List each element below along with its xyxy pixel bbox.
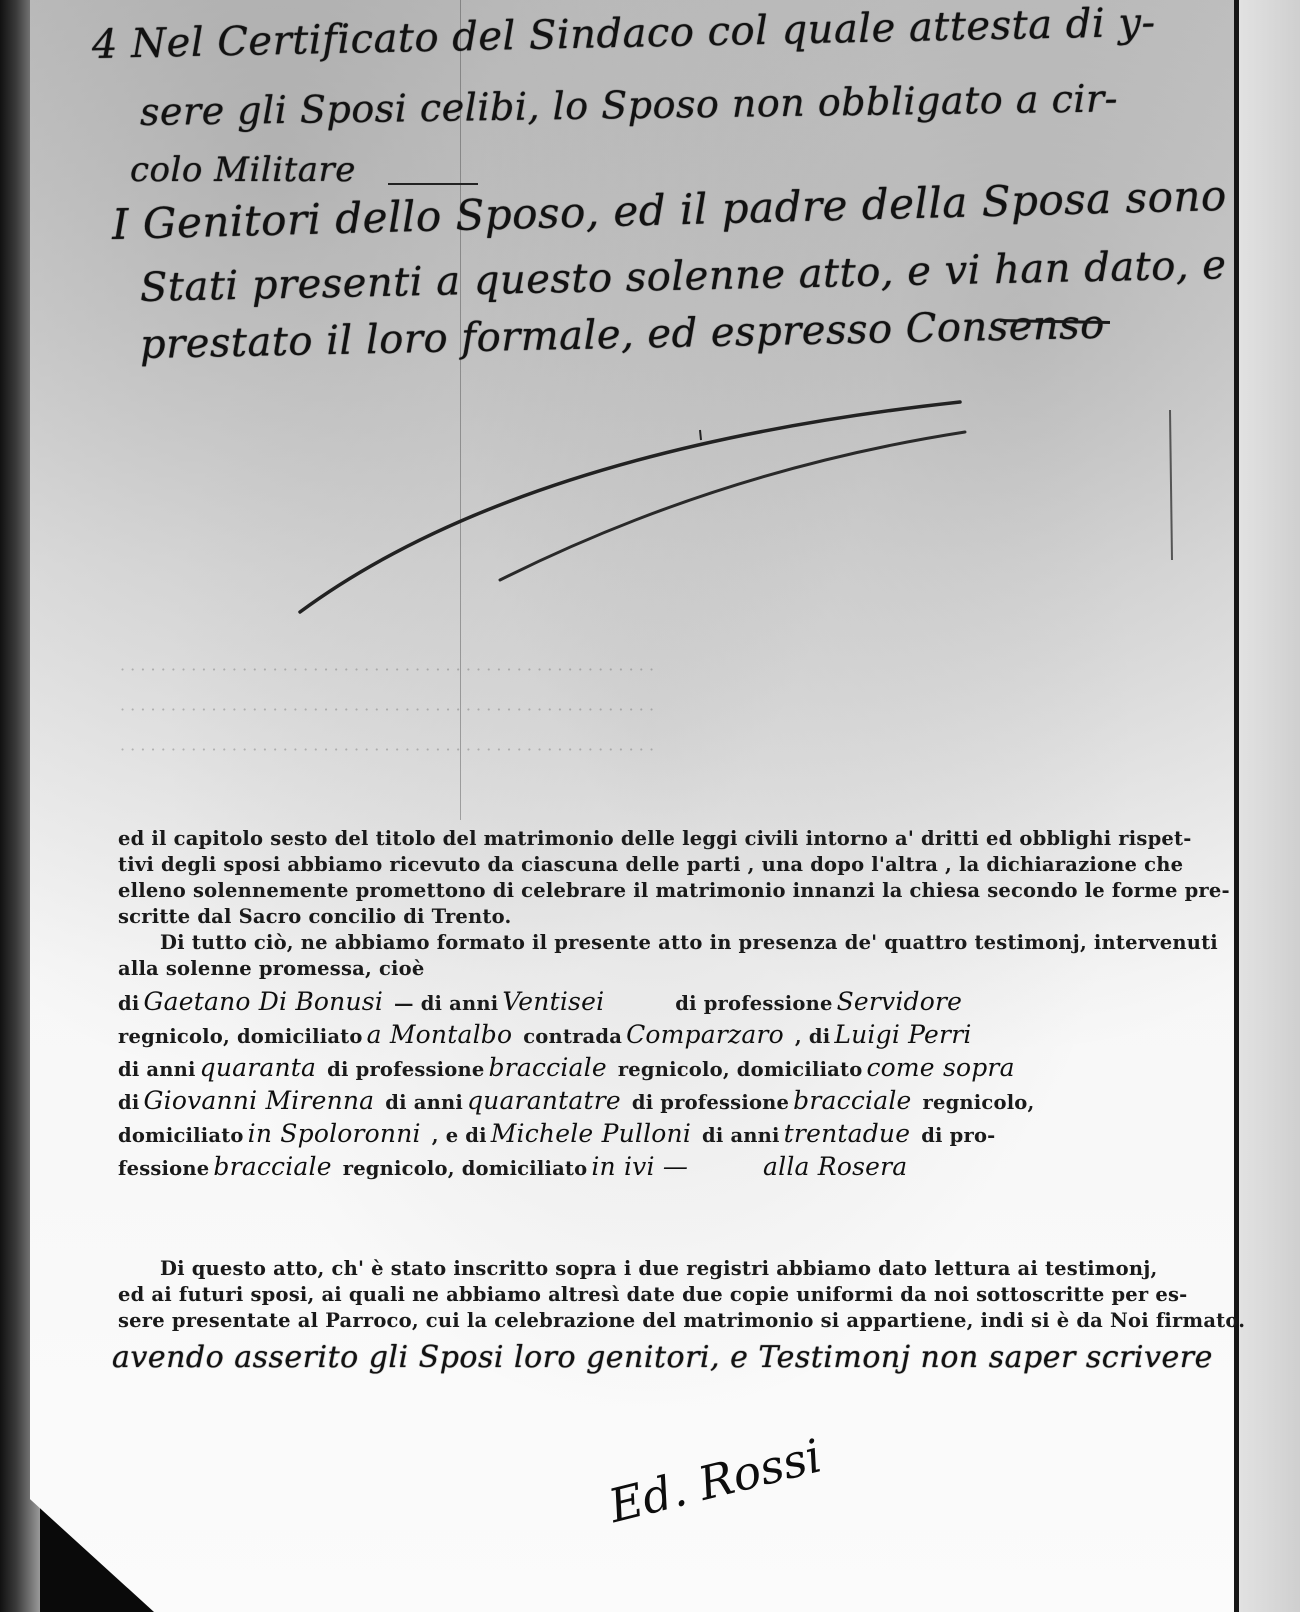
handwritten-entry: Ventisei — [498, 986, 608, 1017]
handwritten-entry: quarantatre — [463, 1085, 625, 1116]
handwritten-entry: Michele Pulloni — [487, 1118, 695, 1149]
handwritten-entry: come sopra — [862, 1052, 1018, 1083]
handwritten-entry: a Montalbo — [363, 1019, 517, 1050]
witness-block: diGaetano Di Bonusi — di anniVentisei di… — [118, 986, 1226, 1184]
printed-line: ed ai futuri sposi, ai quali ne abbiamo … — [118, 1282, 1226, 1308]
witness-line-6: fessionebracciale regnicolo, domiciliato… — [118, 1151, 1226, 1184]
printed-paragraph-1: ed il capitolo sesto del titolo del matr… — [118, 826, 1226, 982]
ghost-text: · · · · · · · · · · · · · · · · · · · · … — [120, 740, 654, 759]
handwritten-entry: quaranta — [196, 1052, 321, 1083]
handwritten-entry: in ivi — — [587, 1151, 692, 1182]
printed-line: ed il capitolo sesto del titolo del matr… — [118, 826, 1226, 852]
witness-line-1: diGaetano Di Bonusi — di anniVentisei di… — [118, 986, 1226, 1019]
witness-line-3: di anniquaranta di professionebracciale … — [118, 1052, 1226, 1085]
witness-line-4: diGiovanni Mirenna di anniquarantatre di… — [118, 1085, 1226, 1118]
witness-line-2: regnicolo, domiciliatoa Montalbo contrad… — [118, 1019, 1226, 1052]
handwritten-entry: Comparzaro — [622, 1019, 788, 1050]
printed-line: sere presentate al Parroco, cui la celeb… — [118, 1308, 1226, 1334]
handwritten-entry: bracciale — [209, 1151, 335, 1182]
handwritten-entry: bracciale — [484, 1052, 610, 1083]
printed-paragraph-3: Di questo atto, ch' è stato inscritto so… — [118, 1256, 1226, 1334]
handwritten-entry: bracciale — [789, 1085, 915, 1116]
printed-line: scritte dal Sacro concilio di Trento. — [118, 904, 1226, 930]
handwritten-entry: Giovanni Mirenna — [139, 1085, 378, 1116]
handwritten-closing: avendo asserito gli Sposi loro genitori,… — [112, 1340, 1213, 1375]
printed-line: Di questo atto, ch' è stato inscritto so… — [118, 1256, 1226, 1282]
handwritten-entry: Servidore — [833, 986, 967, 1017]
witness-line-5: domiciliatoin Spoloronni , e diMichele P… — [118, 1118, 1226, 1151]
printed-line: Di tutto ciò, ne abbiamo formato il pres… — [118, 930, 1226, 956]
handwritten-entry: trentadue — [780, 1118, 915, 1149]
printed-line: elleno solennemente promettono di celebr… — [118, 878, 1226, 904]
ghost-text: · · · · · · · · · · · · · · · · · · · · … — [120, 660, 654, 679]
printed-line: alla solenne promessa, cioè — [118, 956, 1226, 982]
printed-line: tivi degli sposi abbiamo ricevuto da cia… — [118, 852, 1226, 878]
handwritten-entry: alla Rosera — [759, 1151, 911, 1182]
handwritten-entry: in Spoloronni — [244, 1118, 425, 1149]
ghost-text: · · · · · · · · · · · · · · · · · · · · … — [120, 700, 654, 719]
handwritten-entry: Gaetano Di Bonusi — [139, 986, 387, 1017]
handwritten-entry: Luigi Perri — [830, 1019, 975, 1050]
